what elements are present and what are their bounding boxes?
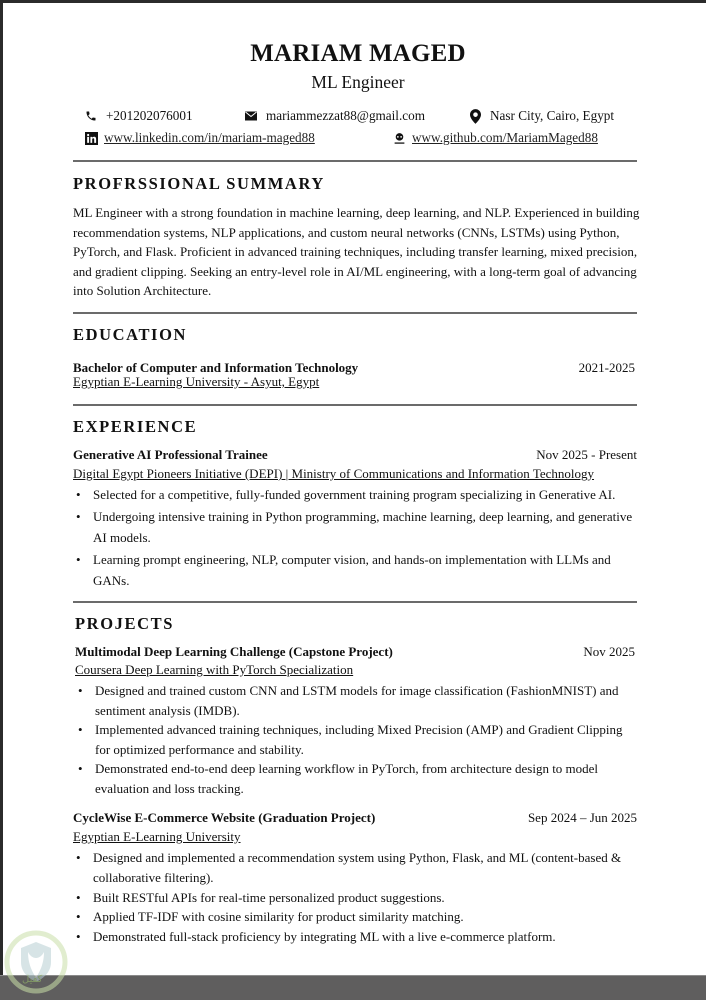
summary-text: ML Engineer with a strong foundation in …: [73, 203, 645, 301]
list-item: Learning prompt engineering, NLP, comput…: [73, 549, 643, 592]
contact-github[interactable]: www.github.com/MariamMaged88: [392, 130, 598, 146]
experience-bullets: Selected for a competitive, fully-funded…: [73, 484, 643, 592]
list-item: Demonstrated full-stack proficiency by i…: [73, 927, 643, 947]
school-name: Egyptian E-Learning University - Asyut, …: [73, 374, 319, 390]
project-bullets: Designed and implemented a recommendatio…: [73, 848, 643, 947]
linkedin-link[interactable]: www.linkedin.com/in/mariam-maged88: [104, 130, 315, 146]
list-item: Demonstrated end-to-end deep learning wo…: [75, 759, 635, 798]
project-organization: Egyptian E-Learning University: [73, 829, 241, 845]
section-divider: [73, 160, 637, 162]
experience-entry-header: Generative AI Professional Trainee Nov 2…: [73, 447, 637, 463]
phone-icon: [84, 109, 98, 123]
watermark-text: كفيل: [22, 974, 42, 985]
list-item: Selected for a competitive, fully-funded…: [73, 484, 643, 506]
shield-logo-icon: كفيل: [4, 930, 68, 994]
project-dates: Nov 2025: [583, 644, 635, 660]
contact-phone: +201202076001: [84, 108, 193, 124]
github-icon: [392, 131, 406, 145]
viewer-bottom-bar: [0, 975, 706, 1000]
linkedin-icon: [84, 131, 98, 145]
education-heading: EDUCATION: [73, 325, 187, 345]
job-dates: Nov 2025 - Present: [536, 447, 637, 463]
project-name: CycleWise E-Commerce Website (Graduation…: [73, 810, 375, 826]
list-item: Designed and implemented a recommendatio…: [73, 848, 643, 888]
project-bullets: Designed and trained custom CNN and LSTM…: [75, 681, 635, 798]
list-item: Implemented advanced training techniques…: [75, 720, 635, 759]
resume-page: MARIAM MAGED ML Engineer +201202076001 m…: [0, 0, 706, 975]
job-organization: Digital Egypt Pioneers Initiative (DEPI)…: [73, 466, 594, 482]
envelope-icon: [244, 109, 258, 123]
candidate-title: ML Engineer: [0, 72, 706, 93]
project-organization: Coursera Deep Learning with PyTorch Spec…: [75, 662, 353, 678]
contact-location: Nasr City, Cairo, Egypt: [468, 108, 614, 124]
list-item: Undergoing intensive training in Python …: [73, 506, 643, 549]
project-entry-header: Multimodal Deep Learning Challenge (Caps…: [75, 644, 635, 660]
location-text: Nasr City, Cairo, Egypt: [490, 108, 614, 124]
projects-heading: PROJECTS: [75, 614, 174, 634]
github-link[interactable]: www.github.com/MariamMaged88: [412, 130, 598, 146]
list-item: Built RESTful APIs for real-time persona…: [73, 888, 643, 908]
contact-email[interactable]: mariammezzat88@gmail.com: [244, 108, 425, 124]
education-entry: Bachelor of Computer and Information Tec…: [73, 356, 635, 376]
experience-heading: EXPERIENCE: [73, 417, 197, 437]
contact-linkedin[interactable]: www.linkedin.com/in/mariam-maged88: [84, 130, 315, 146]
section-divider: [73, 404, 637, 406]
summary-heading: PROFRSSIONAL SUMMARY: [73, 174, 325, 194]
project-name: Multimodal Deep Learning Challenge (Caps…: [75, 644, 393, 660]
list-item: Applied TF-IDF with cosine similarity fo…: [73, 907, 643, 927]
map-pin-icon: [468, 109, 482, 123]
email-address[interactable]: mariammezzat88@gmail.com: [266, 108, 425, 124]
candidate-name: MARIAM MAGED: [0, 40, 706, 68]
phone-number: +201202076001: [106, 108, 193, 124]
section-divider: [73, 601, 637, 603]
education-dates: 2021-2025: [579, 360, 635, 376]
project-entry-header: CycleWise E-Commerce Website (Graduation…: [73, 810, 637, 826]
list-item: Designed and trained custom CNN and LSTM…: [75, 681, 635, 720]
project-dates: Sep 2024 – Jun 2025: [528, 810, 637, 826]
section-divider: [73, 312, 637, 314]
job-title: Generative AI Professional Trainee: [73, 447, 268, 463]
